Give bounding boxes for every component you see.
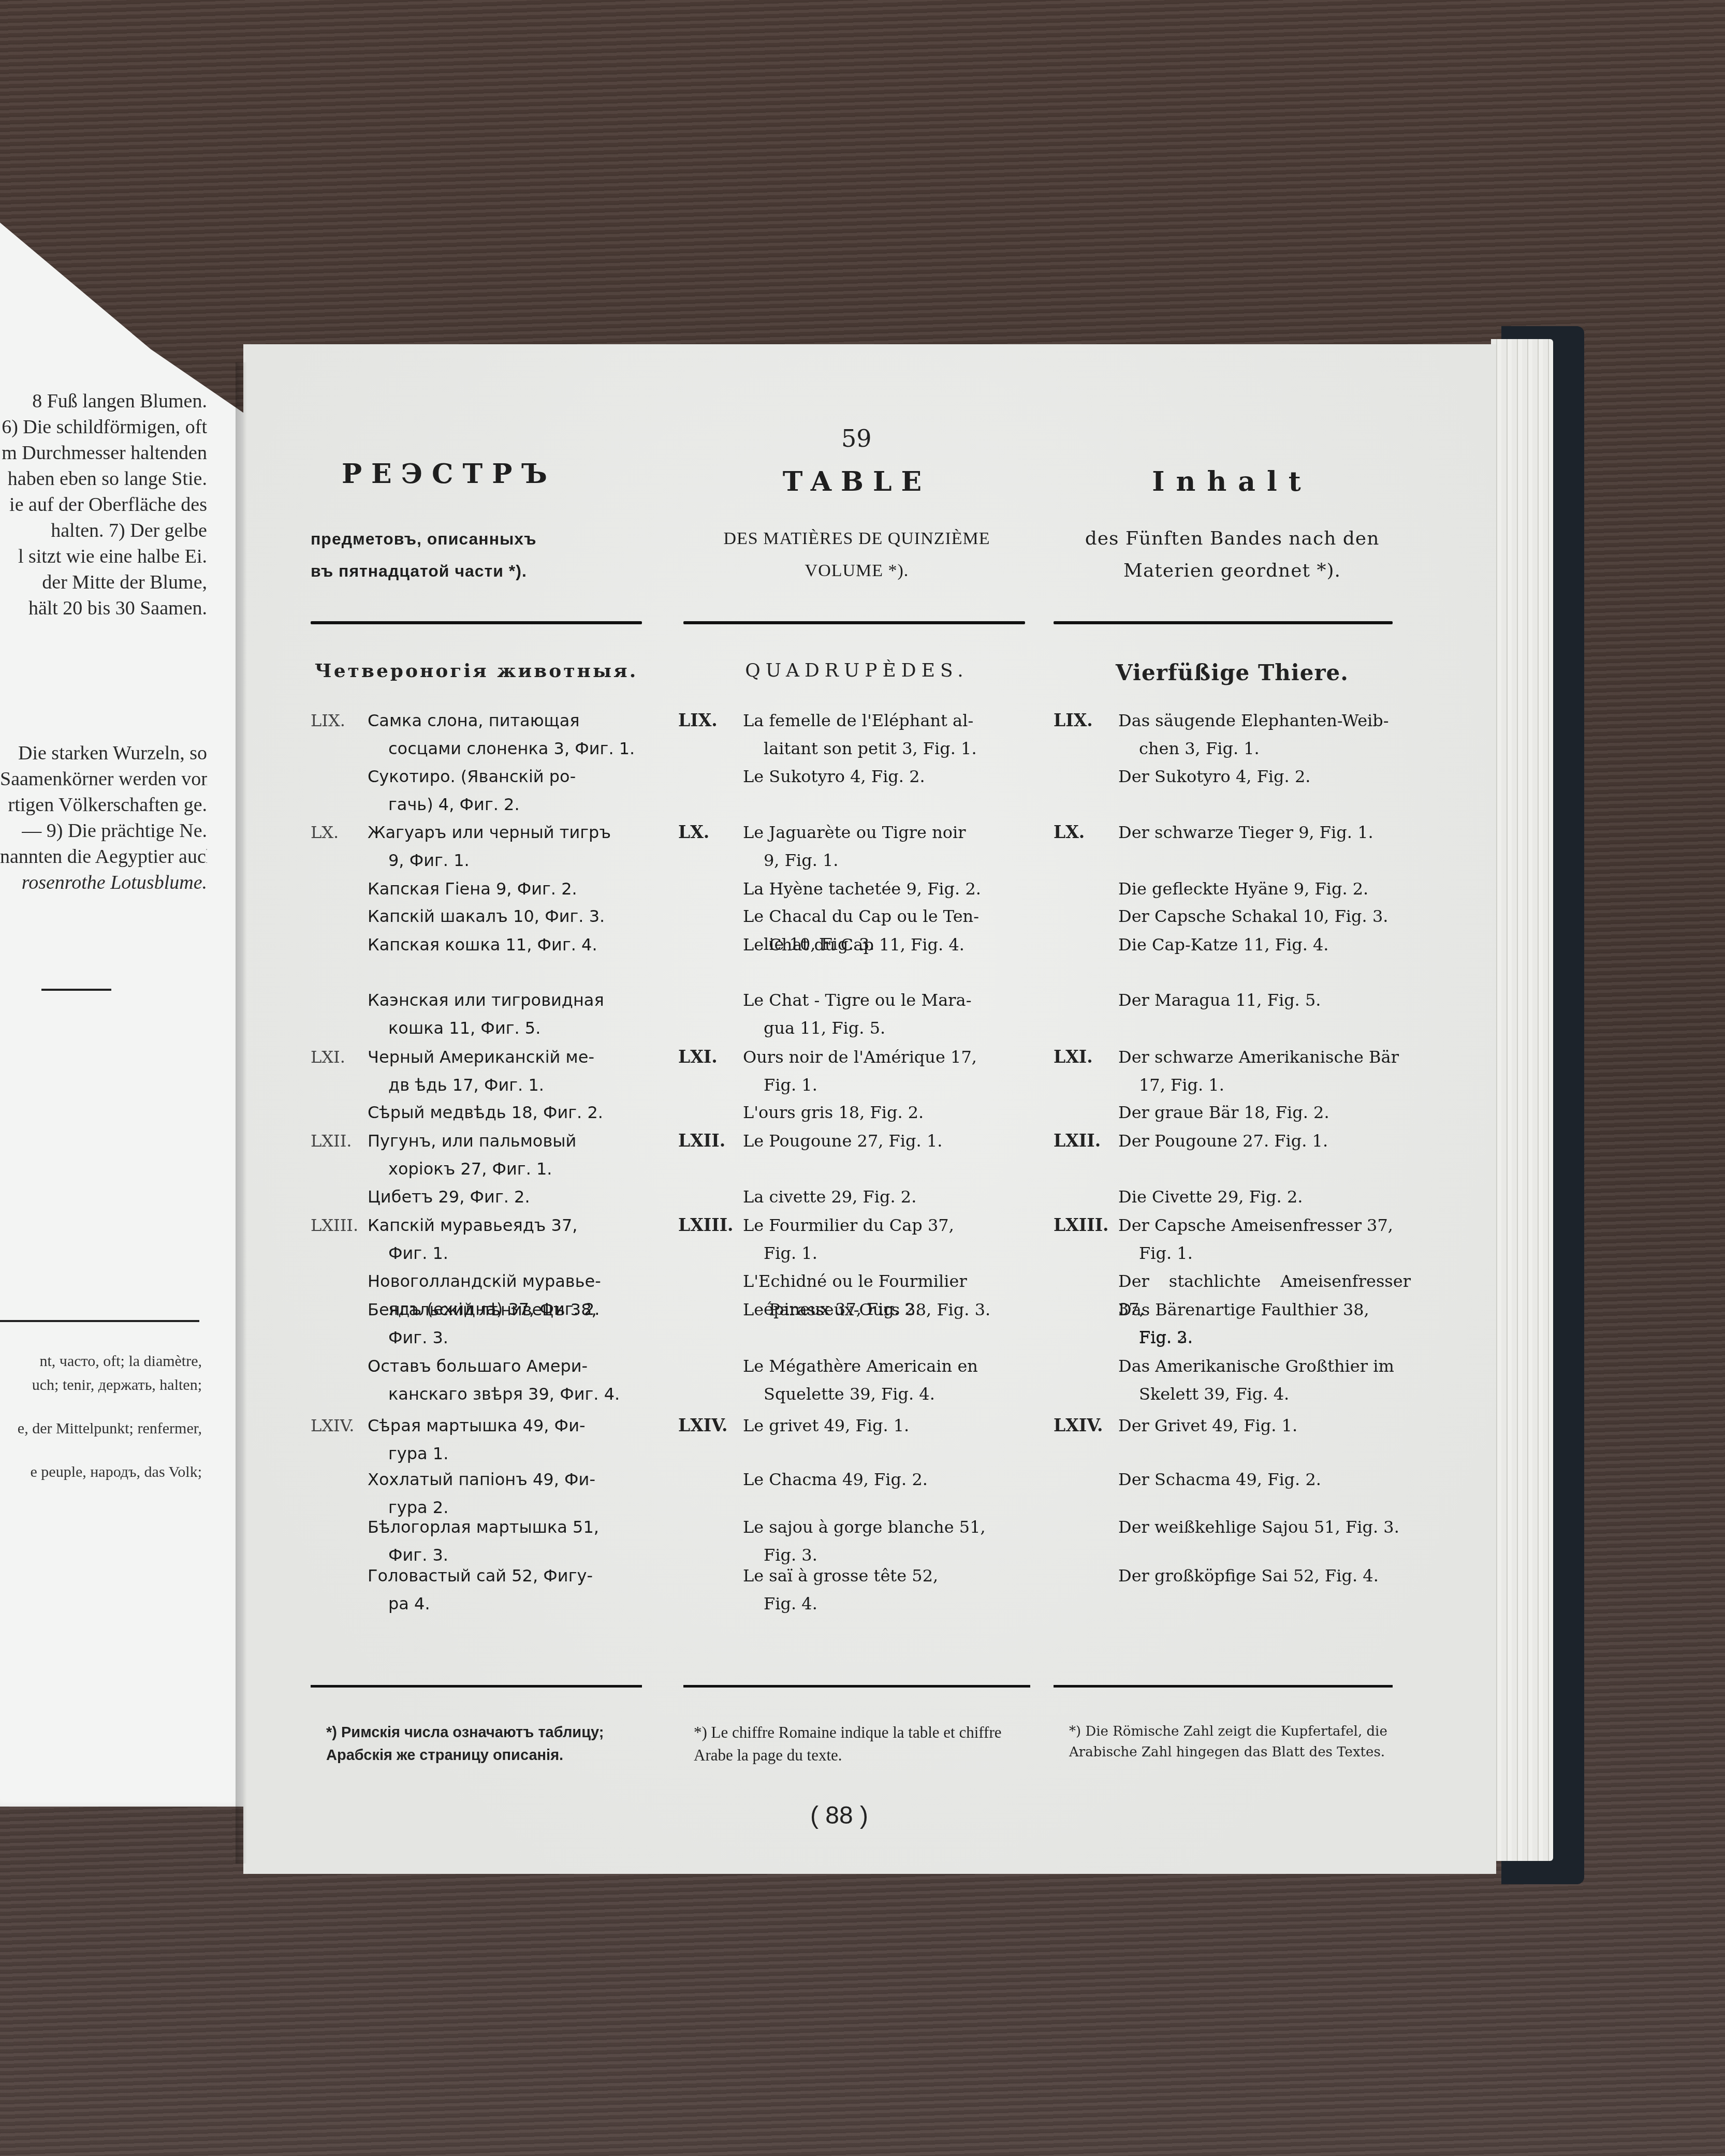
entry-text: Ours noir de l'Amérique 17,Fig. 1. (678, 1043, 1035, 1099)
plate-number: LXI. (311, 1043, 345, 1071)
entry-line: Капскій муравьеядъ 37, (368, 1211, 642, 1239)
entry-line: Der graue Bär 18, Fig. 2. (1118, 1098, 1411, 1126)
entry-line: Капская кошка 11, Фиг. 4. (368, 931, 642, 959)
left-line: haben eben so lange Stie. (0, 466, 207, 492)
section-heading: QUADRUPÈDES. (678, 660, 1035, 681)
list-item: Капская Гіена 9, Фиг. 2. (311, 875, 642, 903)
entry-line: 9, Фиг. 1. (368, 846, 642, 874)
plate-number: LXIV. (678, 1412, 728, 1440)
entry-text: Der weißkehlige Sajou 51, Fig. 3. (1054, 1513, 1411, 1541)
entry-line: Le Parasseux-Ours 38, Fig. 3. (743, 1296, 1035, 1324)
plate-number: LXII. (311, 1127, 352, 1155)
plate-number: LXIV. (311, 1412, 354, 1440)
left-line: — 9) Die prächtige Ne. (0, 818, 207, 844)
entry-line: Fig. 1. (1118, 1239, 1411, 1267)
list-item: L'ours gris 18, Fig. 2. (678, 1098, 1035, 1126)
plate-number: LXIV. (1054, 1412, 1103, 1440)
entry-text: Der Maragua 11, Fig. 5. (1054, 986, 1411, 1014)
entry-line: Капскій шакалъ 10, Фиг. 3. (368, 902, 642, 930)
entry-text: Der Schacma 49, Fig. 2. (1054, 1465, 1411, 1493)
list-item: La Hyène tachetée 9, Fig. 2. (678, 875, 1035, 903)
entry-line: Le sajou à gorge blanche 51, (743, 1513, 1035, 1541)
entry-text: La civette 29, Fig. 2. (678, 1183, 1035, 1211)
list-item: Цибетъ 29, Фиг. 2. (311, 1183, 642, 1211)
list-item: Die Cap-Katze 11, Fig. 4. (1054, 931, 1411, 959)
entry-text: Das säugende Elephanten-Weib-chen 3, Fig… (1054, 707, 1411, 762)
list-item: Сукотиро. (Яванскій ро-гачь) 4, Фиг. 2. (311, 762, 642, 818)
list-item: Das Bärenartige Faulthier 38,Fig. 3. (1054, 1296, 1411, 1352)
entry-text: Сѣрый медвѣдь 18, Фиг. 2. (311, 1098, 642, 1126)
entry-line: Der Capsche Schakal 10, Fig. 3. (1118, 902, 1411, 930)
entry-text: Le Mégathère Americain enSquelette 39, F… (678, 1352, 1035, 1408)
list-item: LXIII.Le Fourmilier du Cap 37,Fig. 1. (678, 1211, 1035, 1267)
entry-line: La femelle de l'Eléphant al- (743, 707, 1035, 735)
list-item: Der Schacma 49, Fig. 2. (1054, 1465, 1411, 1493)
left-line: 6) Die schildförmigen, oft (0, 414, 207, 440)
left-glossary: nt, часто, oft; la diamètre, uch; tenir,… (0, 1351, 202, 1505)
left-line: m Durchmesser haltenden (0, 440, 207, 466)
entry-text: Der Sukotyro 4, Fig. 2. (1054, 762, 1411, 790)
subtitle-line: предметовъ, описанныхъ (311, 523, 642, 555)
list-item: La civette 29, Fig. 2. (678, 1183, 1035, 1211)
entry-text: Die Cap-Katze 11, Fig. 4. (1054, 931, 1411, 959)
entry-line: Der Pougoune 27. Fig. 1. (1118, 1127, 1411, 1155)
entry-line: Пугунъ, или пальмовый (368, 1127, 642, 1155)
entry-line: Фиг. 3. (368, 1324, 642, 1352)
entry-text: Черный Американскій ме-дв ѣдь 17, Фиг. 1… (311, 1043, 642, 1099)
entry-line: гачь) 4, Фиг. 2. (368, 790, 642, 818)
header-rule (1054, 621, 1393, 624)
gloss-line: nt, часто, oft; la diamètre, (0, 1351, 202, 1372)
entry-line: Фиг. 1. (368, 1239, 642, 1267)
list-item: Бенгальскій лѣнивецъ 38,Фиг. 3. (311, 1296, 642, 1352)
page-stack-edge (1491, 339, 1553, 1861)
entry-line: Le Chacal du Cap ou le Ten- (743, 902, 1035, 930)
entry-line: Der Capsche Ameisenfresser 37, (1118, 1211, 1411, 1239)
entry-text: Пугунъ, или пальмовыйхоріокъ 27, Фиг. 1. (311, 1127, 642, 1183)
entry-text: Сѣрая мартышка 49, Фи-гура 1. (311, 1412, 642, 1468)
plate-number: LXII. (1054, 1127, 1101, 1155)
entry-text: Der schwarze Tieger 9, Fig. 1. (1054, 818, 1411, 846)
entry-line: Сѣрая мартышка 49, Фи- (368, 1412, 642, 1440)
plate-number: LX. (1054, 818, 1085, 846)
left-line: hält 20 bis 30 Saamen. (0, 595, 207, 621)
entry-text: Le Jaguarète ou Tigre noir9, Fig. 1. (678, 818, 1035, 874)
entry-text: Самка слона, питающаясосцами слоненка 3,… (311, 707, 642, 762)
list-item: LXI.Черный Американскій ме-дв ѣдь 17, Фи… (311, 1043, 642, 1099)
entry-line: Der großköpfige Sai 52, Fig. 4. (1118, 1562, 1411, 1590)
subtitle-line: въ пятнадцатой части *). (311, 555, 642, 587)
entry-line: Fig. 3. (1118, 1324, 1411, 1352)
plate-number: LXIII. (311, 1211, 358, 1239)
list-item: Das Amerikanische Großthier imSkelett 39… (1054, 1352, 1411, 1408)
entry-line: Fig. 1. (743, 1071, 1035, 1099)
list-item: LX.Жагуаръ или черный тигръ9, Фиг. 1. (311, 818, 642, 874)
list-item: Le Mégathère Americain enSquelette 39, F… (678, 1352, 1035, 1408)
entry-line: Le Chat du Cap 11, Fig. 4. (743, 931, 1035, 959)
entry-line: Die gefleckte Hyäne 9, Fig. 2. (1118, 875, 1411, 903)
list-item: Der großköpfige Sai 52, Fig. 4. (1054, 1562, 1411, 1590)
entry-line: Der Maragua 11, Fig. 5. (1118, 986, 1411, 1014)
entry-text: Бенгальскій лѣнивецъ 38,Фиг. 3. (311, 1296, 642, 1352)
entry-line: Die Civette 29, Fig. 2. (1118, 1183, 1411, 1211)
list-item: LXIV.Le grivet 49, Fig. 1. (678, 1412, 1035, 1440)
entry-text: Головастый сай 52, Фигу-ра 4. (311, 1562, 642, 1618)
plate-number: LIX. (678, 707, 718, 735)
entry-text: Der graue Bär 18, Fig. 2. (1054, 1098, 1411, 1126)
entry-text: La Hyène tachetée 9, Fig. 2. (678, 875, 1035, 903)
footnote-rule (683, 1685, 1030, 1688)
left-line: rosenrothe Lotusblume. (0, 870, 207, 896)
list-item: Die Civette 29, Fig. 2. (1054, 1183, 1411, 1211)
entry-text: Капская кошка 11, Фиг. 4. (311, 931, 642, 959)
list-item: Der weißkehlige Sajou 51, Fig. 3. (1054, 1513, 1411, 1541)
entry-line: Das Bärenartige Faulthier 38, (1118, 1296, 1411, 1324)
list-item: LIX.La femelle de l'Eléphant al-laitant … (678, 707, 1035, 762)
entry-text: Das Amerikanische Großthier imSkelett 39… (1054, 1352, 1411, 1408)
entry-line: Le Pougoune 27, Fig. 1. (743, 1127, 1035, 1155)
column-title: РЕЭСТРЪ (311, 458, 673, 490)
gloss-line: e, der Mittelpunkt; renfermer, (0, 1418, 202, 1439)
entry-line: Der schwarze Tieger 9, Fig. 1. (1118, 818, 1411, 846)
entry-line: Головастый сай 52, Фигу- (368, 1562, 642, 1590)
entry-line: Капская Гіена 9, Фиг. 2. (368, 875, 642, 903)
list-item: LXIV.Сѣрая мартышка 49, Фи-гура 1. (311, 1412, 642, 1468)
subtitle-line: VOLUME *). (678, 555, 1035, 587)
list-item: Сѣрый медвѣдь 18, Фиг. 2. (311, 1098, 642, 1126)
left-line: Die starken Wurzeln, so (0, 740, 207, 766)
entry-line: Le Sukotyro 4, Fig. 2. (743, 762, 1035, 790)
entry-line: канскаго звѣря 39, Фиг. 4. (368, 1380, 642, 1408)
entry-text: Le Chat - Tigre ou le Mara-gua 11, Fig. … (678, 986, 1035, 1042)
entry-line: Die Cap-Katze 11, Fig. 4. (1118, 931, 1411, 959)
entry-line: Das säugende Elephanten-Weib- (1118, 707, 1411, 735)
entry-line: Der schwarze Amerikanische Bär (1118, 1043, 1411, 1071)
entry-line: Жагуаръ или черный тигръ (368, 818, 642, 846)
footnote: *) Le chiffre Romaine indique la table e… (678, 1721, 1035, 1767)
entry-line: Skelett 39, Fig. 4. (1118, 1380, 1411, 1408)
entry-text: Le Chat du Cap 11, Fig. 4. (678, 931, 1035, 959)
entry-line: Каэнская или тигровидная (368, 986, 642, 1014)
entry-text: Le Sukotyro 4, Fig. 2. (678, 762, 1035, 790)
list-item: LXI.Der schwarze Amerikanische Bär17, Fi… (1054, 1043, 1411, 1099)
list-item: LIX.Самка слона, питающаясосцами слоненк… (311, 707, 642, 762)
footnote: *) Die Römische Zahl zeigt die Kupfertaf… (1054, 1721, 1411, 1763)
gutter-shadow (236, 362, 247, 1864)
list-item: LXI.Ours noir de l'Amérique 17,Fig. 1. (678, 1043, 1035, 1099)
list-item: LXIII.Der Capsche Ameisenfresser 37,Fig.… (1054, 1211, 1411, 1267)
list-item: Le Chat - Tigre ou le Mara-gua 11, Fig. … (678, 986, 1035, 1042)
column-subtitle: предметовъ, описанныхъ въ пятнадцатой ча… (311, 523, 642, 587)
entry-text: Der schwarze Amerikanische Bär17, Fig. 1… (1054, 1043, 1411, 1099)
entry-line: Le Jaguarète ou Tigre noir (743, 818, 1035, 846)
entry-line: Бѣлогорлая мартышка 51, (368, 1513, 642, 1541)
entry-line: Le Chacma 49, Fig. 2. (743, 1465, 1035, 1493)
entry-text: Das Bärenartige Faulthier 38,Fig. 3. (1054, 1296, 1411, 1352)
plate-number: LXIII. (678, 1211, 734, 1239)
entry-text: Die Civette 29, Fig. 2. (1054, 1183, 1411, 1211)
list-item: LX.Der schwarze Tieger 9, Fig. 1. (1054, 818, 1411, 846)
entry-line: Новоголландскій муравье- (368, 1267, 642, 1295)
column-subtitle: des Fünften Bandes nach den Materien geo… (1054, 523, 1411, 587)
left-line: nannten die Aegyptier auch (0, 844, 207, 870)
entry-text: Жагуаръ или черный тигръ9, Фиг. 1. (311, 818, 642, 874)
right-page: 59 РЕЭСТРЪ предметовъ, описанныхъ въ пят… (243, 344, 1496, 1874)
page-header-number: 59 (841, 424, 872, 452)
list-item: Головастый сай 52, Фигу-ра 4. (311, 1562, 642, 1618)
entry-text: Der Grivet 49, Fig. 1. (1054, 1412, 1411, 1440)
entry-line: гура 1. (368, 1440, 642, 1468)
plate-number: LX. (311, 818, 339, 846)
left-footnote-rule (0, 1320, 199, 1322)
entry-text: Le saï à grosse tête 52,Fig. 4. (678, 1562, 1035, 1618)
entry-text: Die gefleckte Hyäne 9, Fig. 2. (1054, 875, 1411, 903)
left-page: 8 Fuß langen Blumen. 6) Die schildförmig… (0, 223, 243, 1807)
left-line: der Mitte der Blume, (0, 569, 207, 595)
list-item: Капскій шакалъ 10, Фиг. 3. (311, 902, 642, 930)
list-item: Der Capsche Schakal 10, Fig. 3. (1054, 902, 1411, 930)
entry-line: laitant son petit 3, Fig. 1. (743, 735, 1035, 762)
page-footer-number: ( 88 ) (810, 1801, 868, 1830)
entry-text: Le Pougoune 27, Fig. 1. (678, 1127, 1035, 1155)
list-item: Каэнская или тигровиднаякошка 11, Фиг. 5… (311, 986, 642, 1042)
list-item: LXIV.Der Grivet 49, Fig. 1. (1054, 1412, 1411, 1440)
subtitle-line: DES MATIÈRES DE QUINZIÈME (678, 523, 1035, 555)
gloss-line: e peuple, народъ, das Volk; (0, 1462, 202, 1483)
list-item: LX.Le Jaguarète ou Tigre noir9, Fig. 1. (678, 818, 1035, 874)
entry-line: 17, Fig. 1. (1118, 1071, 1411, 1099)
entry-line: Der Grivet 49, Fig. 1. (1118, 1412, 1411, 1440)
list-item: Le saï à grosse tête 52,Fig. 4. (678, 1562, 1035, 1618)
entry-text: La femelle de l'Eléphant al-laitant son … (678, 707, 1035, 762)
plate-number: LX. (678, 818, 709, 846)
left-line: 8 Fuß langen Blumen. (0, 388, 207, 414)
list-item: Der Sukotyro 4, Fig. 2. (1054, 762, 1411, 790)
entry-line: La Hyène tachetée 9, Fig. 2. (743, 875, 1035, 903)
entry-line: Le Fourmilier du Cap 37, (743, 1211, 1035, 1239)
footnote: *) Римскія числа означаютъ таблицу; Араб… (311, 1721, 642, 1767)
column-subtitle: DES MATIÈRES DE QUINZIÈME VOLUME *). (678, 523, 1035, 587)
list-item: Le Chacma 49, Fig. 2. (678, 1465, 1035, 1493)
list-item: Оставъ большаго Амери-канскаго звѣря 39,… (311, 1352, 642, 1408)
list-item: LXII.Le Pougoune 27, Fig. 1. (678, 1127, 1035, 1155)
plate-number: LIX. (1054, 707, 1093, 735)
entry-line: L'ours gris 18, Fig. 2. (743, 1098, 1035, 1126)
footnote-rule (1054, 1685, 1393, 1688)
entry-text: Капскій шакалъ 10, Фиг. 3. (311, 902, 642, 930)
entry-text: Капскій муравьеядъ 37,Фиг. 1. (311, 1211, 642, 1267)
list-item: Le Sukotyro 4, Fig. 2. (678, 762, 1035, 790)
plate-number: LXIII. (1054, 1211, 1109, 1239)
entry-line: Der Schacma 49, Fig. 2. (1118, 1465, 1411, 1493)
section-heading: Vierfüßige Thiere. (1054, 660, 1411, 685)
entry-line: Самка слона, питающая (368, 707, 642, 735)
left-line: ie auf der Oberfläche des (0, 492, 207, 518)
entry-text: Der großköpfige Sai 52, Fig. 4. (1054, 1562, 1411, 1590)
column-title: TABLE (678, 466, 1035, 497)
entry-line: дв ѣдь 17, Фиг. 1. (368, 1071, 642, 1099)
entry-text: Бѣлогорлая мартышка 51,Фиг. 3. (311, 1513, 642, 1569)
entry-line: Ours noir de l'Amérique 17, (743, 1043, 1035, 1071)
entry-text: Der Capsche Schakal 10, Fig. 3. (1054, 902, 1411, 930)
list-item: LXII.Пугунъ, или пальмовыйхоріокъ 27, Фи… (311, 1127, 642, 1183)
entry-text: Der Pougoune 27. Fig. 1. (1054, 1127, 1411, 1155)
left-line: halten. 7) Der gelbe (0, 518, 207, 544)
subtitle-line: des Fünften Bandes nach den (1054, 523, 1411, 555)
entry-text: Le grivet 49, Fig. 1. (678, 1412, 1035, 1440)
entry-line: Сѣрый медвѣдь 18, Фиг. 2. (368, 1098, 642, 1126)
left-page-text-block-2: Die starken Wurzeln, so Saamenkörner wer… (0, 740, 207, 896)
entry-line: кошка 11, Фиг. 5. (368, 1014, 642, 1042)
entry-text: Оставъ большаго Амери-канскаго звѣря 39,… (311, 1352, 642, 1408)
footnote-rule (311, 1685, 642, 1688)
entry-line: chen 3, Fig. 1. (1118, 735, 1411, 762)
plate-number: LIX. (311, 707, 345, 735)
left-page-text-block-1: 8 Fuß langen Blumen. 6) Die schildförmig… (0, 388, 207, 621)
list-item: Капская кошка 11, Фиг. 4. (311, 931, 642, 959)
column-title: Inhalt (1054, 466, 1411, 497)
entry-line: сосцами слоненка 3, Фиг. 1. (368, 735, 642, 762)
entry-line: La civette 29, Fig. 2. (743, 1183, 1035, 1211)
entry-line: ра 4. (368, 1590, 642, 1618)
list-item: LIX.Das säugende Elephanten-Weib-chen 3,… (1054, 707, 1411, 762)
left-line: rtigen Völkerschaften ge. (0, 792, 207, 818)
list-item: Le Chat du Cap 11, Fig. 4. (678, 931, 1035, 959)
entry-line: Бенгальскій лѣнивецъ 38, (368, 1296, 642, 1324)
entry-text: Le Parasseux-Ours 38, Fig. 3. (678, 1296, 1035, 1324)
entry-line: Оставъ большаго Амери- (368, 1352, 642, 1380)
gloss-line: uch; tenir, держать, halten; (0, 1375, 202, 1396)
entry-line: Черный Американскій ме- (368, 1043, 642, 1071)
entry-line: Der Sukotyro 4, Fig. 2. (1118, 762, 1411, 790)
entry-line: L'Echidné ou le Fourmilier (743, 1267, 1035, 1295)
entry-line: Хохлатый папіонъ 49, Фи- (368, 1465, 642, 1493)
entry-line: хоріокъ 27, Фиг. 1. (368, 1155, 642, 1183)
entry-line: Le Chat - Tigre ou le Mara- (743, 986, 1035, 1014)
plate-number: LXI. (1054, 1043, 1093, 1071)
entry-text: Каэнская или тигровиднаякошка 11, Фиг. 5… (311, 986, 642, 1042)
entry-text: Цибетъ 29, Фиг. 2. (311, 1183, 642, 1211)
list-item: Der Maragua 11, Fig. 5. (1054, 986, 1411, 1014)
list-item: Le sajou à gorge blanche 51,Fig. 3. (678, 1513, 1035, 1569)
entry-line: Das Amerikanische Großthier im (1118, 1352, 1411, 1380)
list-item: LXII.Der Pougoune 27. Fig. 1. (1054, 1127, 1411, 1155)
entry-text: Le Chacma 49, Fig. 2. (678, 1465, 1035, 1493)
subtitle-line: Materien geordnet *). (1054, 555, 1411, 587)
entry-line: Цибетъ 29, Фиг. 2. (368, 1183, 642, 1211)
list-item: Бѣлогорлая мартышка 51,Фиг. 3. (311, 1513, 642, 1569)
entry-text: Капская Гіена 9, Фиг. 2. (311, 875, 642, 903)
header-rule (683, 621, 1025, 624)
plate-number: LXI. (678, 1043, 718, 1071)
left-line: Saamenkörner werden von (0, 766, 207, 792)
entry-text: L'ours gris 18, Fig. 2. (678, 1098, 1035, 1126)
entry-line: Fig. 4. (743, 1590, 1035, 1618)
entry-line: Squelette 39, Fig. 4. (743, 1380, 1035, 1408)
entry-line: gua 11, Fig. 5. (743, 1014, 1035, 1042)
header-rule (311, 621, 642, 624)
left-line: l sitzt wie eine halbe Ei. (0, 544, 207, 569)
plate-number: LXII. (678, 1127, 725, 1155)
section-heading: Четвероногія животныя. (311, 660, 642, 682)
entry-line: Le saï à grosse tête 52, (743, 1562, 1035, 1590)
left-divider (41, 989, 111, 991)
entry-line: 9, Fig. 1. (743, 846, 1035, 874)
entry-line: Le grivet 49, Fig. 1. (743, 1412, 1035, 1440)
list-item: Der graue Bär 18, Fig. 2. (1054, 1098, 1411, 1126)
entry-line: Le Mégathère Americain en (743, 1352, 1035, 1380)
entry-text: Le sajou à gorge blanche 51,Fig. 3. (678, 1513, 1035, 1569)
entry-line: Сукотиро. (Яванскій ро- (368, 762, 642, 790)
list-item: LXIII.Капскій муравьеядъ 37,Фиг. 1. (311, 1211, 642, 1267)
list-item: Die gefleckte Hyäne 9, Fig. 2. (1054, 875, 1411, 903)
entry-line: Der weißkehlige Sajou 51, Fig. 3. (1118, 1513, 1411, 1541)
entry-line: Fig. 1. (743, 1239, 1035, 1267)
entry-text: Сукотиро. (Яванскій ро-гачь) 4, Фиг. 2. (311, 762, 642, 818)
list-item: Le Parasseux-Ours 38, Fig. 3. (678, 1296, 1035, 1324)
